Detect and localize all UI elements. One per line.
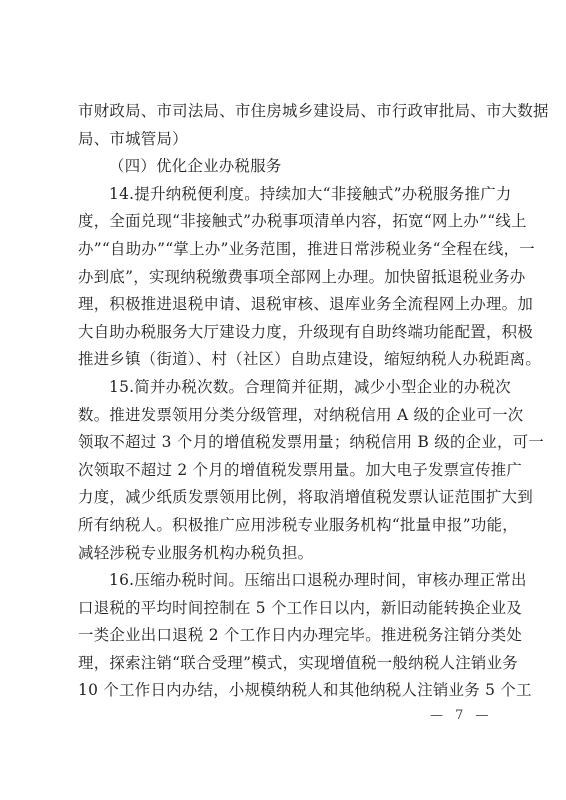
text-line: 次领取不超过 2 个月的增值税发票用量。加大电子发票宣传推广 [78,457,490,485]
text-line: 推进乡镇（街道）、村（社区）自助点建设，缩短纳税人办税距离。 [78,346,490,374]
text-line: 减轻涉税专业服务机构办税负担。 [78,540,490,568]
text-line: 大自助办税服务大厅建设力度，升级现有自助终端功能配置，积极 [78,319,490,347]
section-heading: （四）优化企业办税服务 [78,153,490,181]
text-line: 市财政局、市司法局、市住房城乡建设局、市行政审批局、市大数据 [78,98,490,126]
text-line: 理，积极推进退税申请、退税审核、退库业务全流程网上办理。加 [78,291,490,319]
page-number: — 7 — [430,708,493,723]
text-line: 口退税的平均时间控制在 5 个工作日以内，新旧动能转换企业及 [78,595,490,623]
paragraph-16-start: 16.压缩办税时间。压缩出口退税办理时间，审核办理正常出 [78,567,490,595]
paragraph-15-start: 15.简并办税次数。合理简并征期，减少小型企业的办税次 [78,374,490,402]
text-line: 领取不超过 3 个月的增值税发票用量；纳税信用 B 级的企业，可一 [78,429,490,457]
text-line: 办”“自助办”“掌上办”业务范围，推进日常涉税业务“全程在线，一 [78,236,490,264]
text-line: 所有纳税人。积极推广应用涉税专业服务机构“批量申报”功能， [78,512,490,540]
text-line: 办到底”，实现纳税缴费事项全部网上办理。加快留抵退税业务办 [78,264,490,292]
text-line: 局、市城管局） [78,126,490,154]
text-line: 一类企业出口退税 2 个工作日内办理完毕。推进税务注销分类处 [78,622,490,650]
text-line: 理，探索注销“联合受理”模式，实现增值税一般纳税人注销业务 [78,650,490,678]
text-line: 度，全面兑现“非接触式”办税事项清单内容，拓宽“网上办”“线上 [78,208,490,236]
text-line: 力度，减少纸质发票领用比例，将取消增值税发票认证范围扩大到 [78,484,490,512]
text-line: 数。推进发票领用分类分级管理，对纳税信用 A 级的企业可一次 [78,402,490,430]
paragraph-14-start: 14.提升纳税便利度。持续加大“非接触式”办税服务推广力 [78,181,490,209]
text-line: 10 个工作日内办结，小规模纳税人和其他纳税人注销业务 5 个工 [78,677,490,705]
document-body: 市财政局、市司法局、市住房城乡建设局、市行政审批局、市大数据 局、市城管局） （… [78,98,490,705]
